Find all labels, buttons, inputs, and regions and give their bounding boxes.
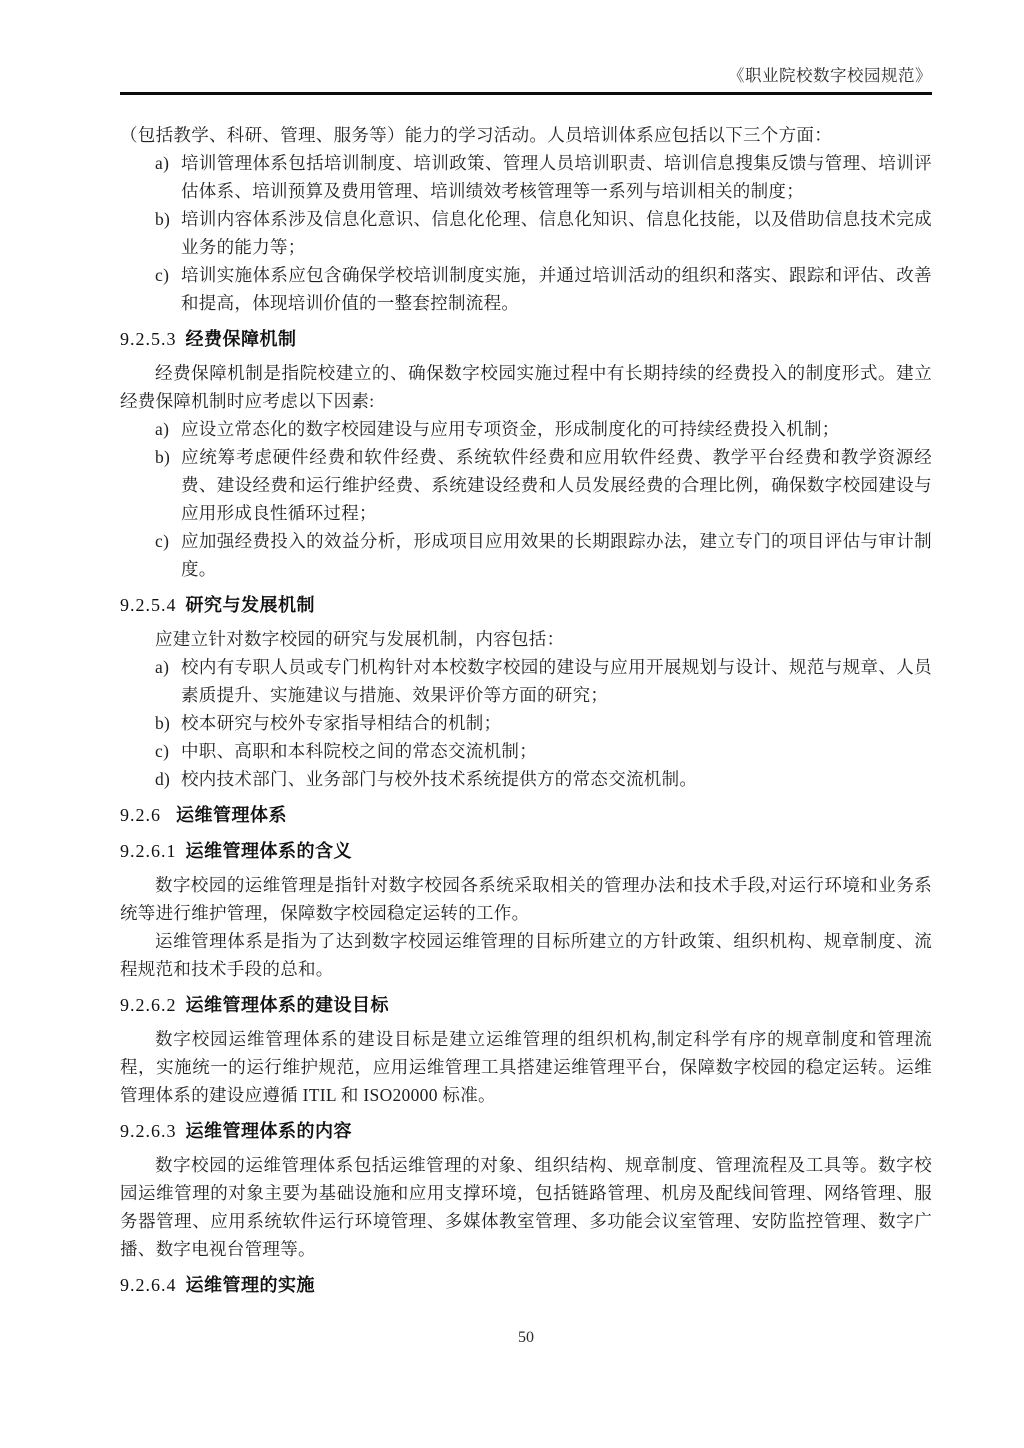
section-title: 运维管理的实施 [186, 1275, 316, 1295]
list: a) 校内有专职人员或专门机构针对本校数字校园的建设与应用开展规划与设计、规范与… [120, 653, 932, 793]
list-item-text: 校内技术部门、业务部门与校外技术系统提供方的常态交流机制。 [181, 765, 932, 793]
section-title: 运维管理体系的建设目标 [186, 995, 390, 1015]
list-item-text: 培训实施体系应包含确保学校培训制度实施，并通过培训活动的组织和落实、跟踪和评估、… [181, 261, 932, 317]
paragraph: 应建立针对数字校园的研究与发展机制，内容包括： [120, 625, 932, 653]
section-number: 9.2.6.3 [120, 1121, 177, 1141]
paragraph: 数字校园的运维管理是指针对数字校园各系统采取相关的管理办法和技术手段,对运行环境… [120, 871, 932, 927]
document-page: 《职业院校数字校园规范》 （包括教学、科研、管理、服务等）能力的学习活动。人员培… [0, 0, 1024, 1448]
list-item-text: 应设立常态化的数字校园建设与应用专项资金，形成制度化的可持续经费投入机制； [181, 415, 932, 443]
list-item: a) 应设立常态化的数字校园建设与应用专项资金，形成制度化的可持续经费投入机制； [155, 415, 932, 443]
list-item-label: c) [155, 737, 181, 765]
section-title: 研究与发展机制 [186, 595, 316, 615]
list-item: c) 应加强经费投入的效益分析，形成项目应用效果的长期跟踪办法，建立专门的项目评… [155, 527, 932, 583]
list-item-label: b) [155, 443, 181, 527]
section-number: 9.2.5.4 [120, 595, 177, 615]
list-item: b) 应统筹考虑硬件经费和软件经费、系统软件经费和应用软件经费、教学平台经费和教… [155, 443, 932, 527]
section-heading: 9.2.6.3运维管理体系的内容 [120, 1117, 932, 1145]
section-number: 9.2.6.4 [120, 1275, 177, 1295]
list-item-label: b) [155, 709, 181, 737]
list-item-text: 应统筹考虑硬件经费和软件经费、系统软件经费和应用软件经费、教学平台经费和教学资源… [181, 443, 932, 527]
list-item: a) 培训管理体系包括培训制度、培训政策、管理人员培训职责、培训信息搜集反馈与管… [155, 149, 932, 205]
list-item: c) 培训实施体系应包含确保学校培训制度实施，并通过培训活动的组织和落实、跟踪和… [155, 261, 932, 317]
list-item-label: c) [155, 527, 181, 583]
section-title: 运维管理体系的内容 [186, 1121, 353, 1141]
section-number: 9.2.6 [120, 805, 161, 825]
list-item-text: 中职、高职和本科院校之间的常态交流机制； [181, 737, 932, 765]
list-item-label: a) [155, 149, 181, 205]
list-item-label: b) [155, 205, 181, 261]
section-number: 9.2.6.1 [120, 841, 177, 861]
section-heading: 9.2.6运维管理体系 [120, 801, 932, 829]
list-item-text: 校本研究与校外专家指导相结合的机制； [181, 709, 932, 737]
list-item-label: a) [155, 415, 181, 443]
list-item-text: 校内有专职人员或专门机构针对本校数字校园的建设与应用开展规划与设计、规范与规章、… [181, 653, 932, 709]
paragraph: 运维管理体系是指为了达到数字校园运维管理的目标所建立的方针政策、组织机构、规章制… [120, 927, 932, 983]
document-body: （包括教学、科研、管理、服务等）能力的学习活动。人员培训体系应包括以下三个方面：… [120, 121, 932, 1347]
list: a) 应设立常态化的数字校园建设与应用专项资金，形成制度化的可持续经费投入机制；… [120, 415, 932, 583]
list-item-label: a) [155, 653, 181, 709]
section-title: 运维管理体系 [176, 805, 287, 825]
section-number: 9.2.5.3 [120, 329, 177, 349]
page-number: 50 [120, 1329, 932, 1347]
list-item-text: 培训管理体系包括培训制度、培训政策、管理人员培训职责、培训信息搜集反馈与管理、培… [181, 149, 932, 205]
list-item-text: 应加强经费投入的效益分析，形成项目应用效果的长期跟踪办法，建立专门的项目评估与审… [181, 527, 932, 583]
section-heading: 9.2.6.1运维管理体系的含义 [120, 837, 932, 865]
paragraph: 经费保障机制是指院校建立的、确保数字校园实施过程中有长期持续的经费投入的制度形式… [120, 359, 932, 415]
section-number: 9.2.6.2 [120, 995, 177, 1015]
section-title: 运维管理体系的含义 [186, 841, 353, 861]
list-item-text: 培训内容体系涉及信息化意识、信息化伦理、信息化知识、信息化技能，以及借助信息技术… [181, 205, 932, 261]
paragraph: 数字校园的运维管理体系包括运维管理的对象、组织结构、规章制度、管理流程及工具等。… [120, 1151, 932, 1263]
list-item: d) 校内技术部门、业务部门与校外技术系统提供方的常态交流机制。 [155, 765, 932, 793]
list-item: a) 校内有专职人员或专门机构针对本校数字校园的建设与应用开展规划与设计、规范与… [155, 653, 932, 709]
list-item-label: c) [155, 261, 181, 317]
section-heading: 9.2.6.4运维管理的实施 [120, 1271, 932, 1299]
section-title: 经费保障机制 [186, 329, 297, 349]
list-item: b) 校本研究与校外专家指导相结合的机制； [155, 709, 932, 737]
header-rule [120, 92, 932, 95]
paragraph: 数字校园运维管理体系的建设目标是建立运维管理的组织机构,制定科学有序的规章制度和… [120, 1025, 932, 1109]
list-item: b) 培训内容体系涉及信息化意识、信息化伦理、信息化知识、信息化技能，以及借助信… [155, 205, 932, 261]
list-item-label: d) [155, 765, 181, 793]
paragraph: （包括教学、科研、管理、服务等）能力的学习活动。人员培训体系应包括以下三个方面： [120, 121, 932, 149]
section-heading: 9.2.6.2运维管理体系的建设目标 [120, 991, 932, 1019]
section-heading: 9.2.5.4研究与发展机制 [120, 591, 932, 619]
list: a) 培训管理体系包括培训制度、培训政策、管理人员培训职责、培训信息搜集反馈与管… [120, 149, 932, 317]
section-heading: 9.2.5.3经费保障机制 [120, 325, 932, 353]
running-header-title: 《职业院校数字校园规范》 [120, 0, 932, 86]
list-item: c) 中职、高职和本科院校之间的常态交流机制； [155, 737, 932, 765]
